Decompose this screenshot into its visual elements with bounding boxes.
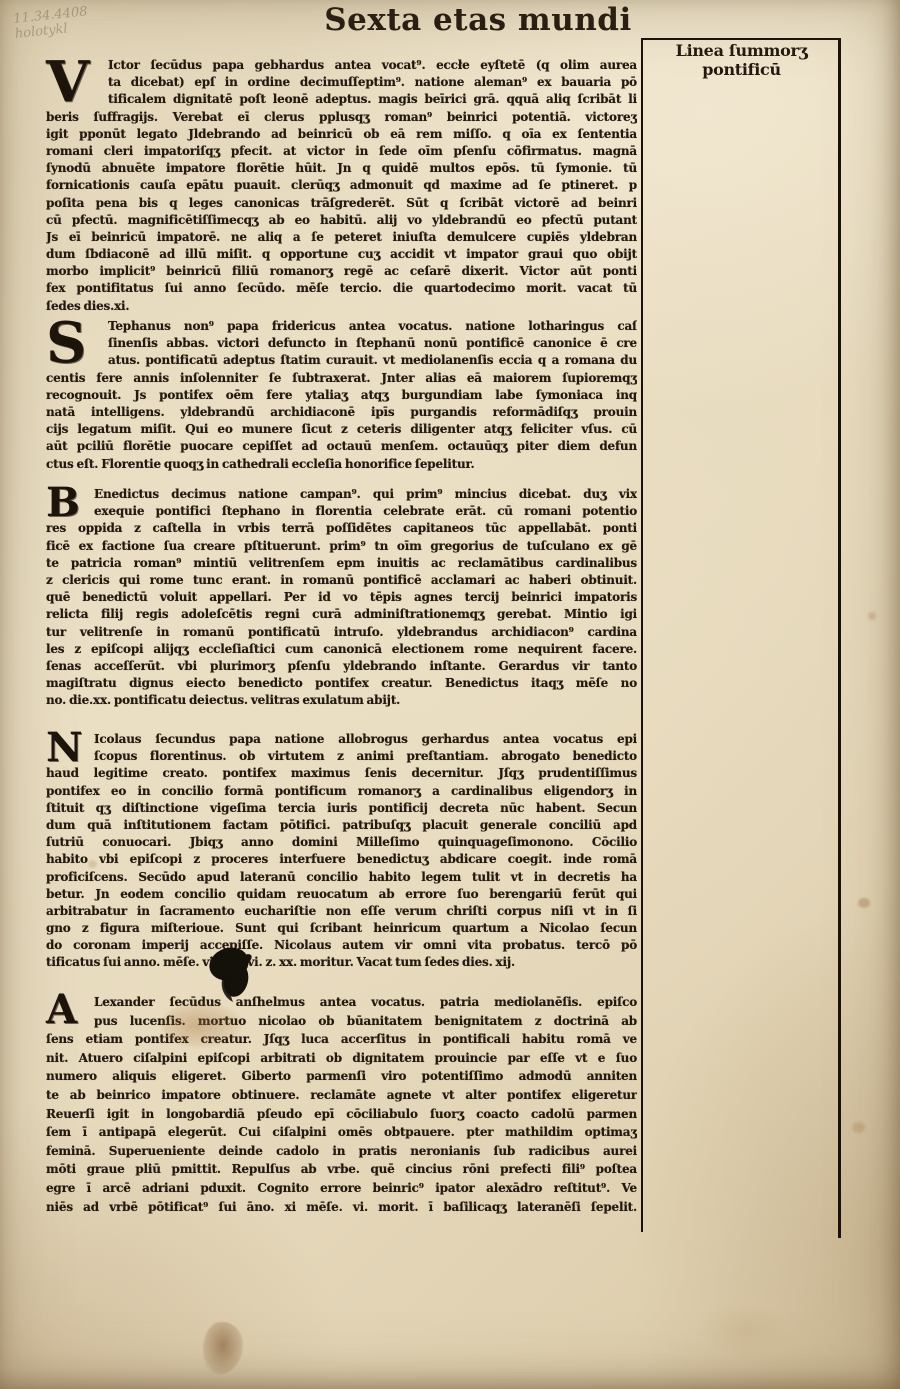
text-line: tificalem dignitatē poſt leonē adeptus. … [108,91,637,108]
text-line: ſedes dies.xi. [46,298,637,315]
text-line: dum ſbdiaconē ad illū miſit. q opportune… [46,246,637,263]
paragraph-4: NIcolaus ſecundus papa natione allobrogu… [46,731,637,972]
page-title: Sexta etas mundi [28,2,900,38]
text-line: romani cleri impatoriſqʒ pfecit. at vict… [46,143,637,160]
pope-column-right-rule [838,38,841,1238]
text-line: atus. pontificatū adeptus ſtatim curauit… [108,352,637,369]
text-line: Js eī beinricū impatorē. ne aliq a ſe pe… [46,229,637,246]
text-line: pus lucenſis. mortuo nicolao ob būanitat… [94,1012,637,1031]
pope-column-top-rule [641,38,840,40]
text-line: morbo implicit⁹ beinricū filiū romanorʒ … [46,263,637,280]
drop-cap-initial: S [46,318,108,368]
text-line: habito vbi epiſcopi z proceres interfuer… [46,851,637,868]
text-line: betur. Jn eodem concilio quidam reuocatu… [46,886,637,903]
text-line: ſenas acceſſerūt. vbi plurimorʒ pſenſu y… [46,658,637,675]
text-line: ſtituit qʒ diſtinctione vigeſima tercia … [46,800,637,817]
text-line: poſita pena bis q leges canonicas trāſgr… [46,195,637,212]
text-line: tificatus ſui anno. mēſe. vi. die. vi. z… [46,954,637,971]
text-line: Tephanus non⁹ papa fridericus antea voca… [108,318,637,335]
text-line: mōti graue pliū pmittit. Repulſus ab vrb… [46,1160,637,1179]
text-line: ctus eſt. Florentie quoqʒ in cathedrali … [46,456,637,473]
text-line: fornicationis cauſa epātu puauit. clerūq… [46,177,637,194]
text-line: Lexander ſecūdus anſhelmus antea vocatus… [94,993,637,1012]
foxing-spot [852,1122,865,1133]
text-line: numero aliquis eligeret. Giberto parmenſ… [46,1067,637,1086]
text-line: tur velitrenſe in romanū pontificatū int… [46,624,637,641]
text-line: te patricia roman⁹ mintiū velitrenſem ep… [46,555,637,572]
text-line: pontifex eo in concilio formā pontificum… [46,783,637,800]
paragraph-5: ALexander ſecūdus anſhelmus antea vocatu… [46,993,637,1216]
text-line: Reuerſi igit in longobardiā pſeudo epī c… [46,1105,637,1124]
text-line: cū pfectū. magnificētiſſimecqʒ ab eo hab… [46,212,637,229]
text-line: ſynodū abnuēte impatore florētie hūit. J… [46,160,637,177]
text-line: Ictor ſecūdus papa gebhardus antea vocat… [108,57,637,74]
drop-cap-initial: B [46,486,94,520]
text-line: haud legitime creato. pontifex maximus ſ… [46,765,637,782]
text-line: ſinenſis abbas. victori defuncto in ſtep… [108,335,637,352]
text-line: ſutriū conuocari. Jbiqʒ anno domini Mill… [46,834,637,851]
text-line: ſem ī antipapā elegerūt. Cui ciſalpini o… [46,1123,637,1142]
text-line: Icolaus ſecundus papa natione allobrogus… [94,731,637,748]
text-line: niēs ad vrbē pōtificat⁹ ſui āno. xi mēſe… [46,1198,637,1217]
text-line: recognouit. Js pontifex oēm fere ytaliaʒ… [46,387,637,404]
text-line: centis fere annis inſolenniter ſe ſubtra… [46,370,637,387]
text-line: les z epiſcopi alijqʒ eccleſiaſtici cum … [46,641,637,658]
paragraph-1: VIctor ſecūdus papa gebhardus antea voca… [46,57,637,315]
text-line: exequie pontifici ſtephano in florentia … [94,503,637,520]
drop-cap-initial: A [46,993,94,1027]
text-line: beris ſuffragijs. Verebat eī clerus pplu… [46,109,637,126]
column-divider-rule [641,38,643,1232]
text-line: igit pponūt legato Jldebrando ad beinric… [46,126,637,143]
drop-cap-initial: V [46,57,108,107]
foxing-spot [858,898,870,908]
bottom-edge-stain [203,1322,243,1374]
foxing-spot [700,1300,790,1360]
text-line: natā intelligens. yldebrandū archidiacon… [46,404,637,421]
text-line: proficiſcens. Secūdo apud lateranū conci… [46,869,637,886]
text-line: no. die.xx. pontificatu deiectus. velitr… [46,692,637,709]
text-line: gno z figura miſterioue. Sunt qui ſcriba… [46,920,637,937]
text-line: quē benedictū voluit appellari. Per id v… [46,589,637,606]
incunabulum-page: 11.34.4408 holotykl Sexta etas mundi VIc… [0,0,900,1389]
text-line: dum quā inſtitutionem factam pōtifici. p… [46,817,637,834]
text-line: te ab beinrico impatore obtinuere. recla… [46,1086,637,1105]
text-line: aūt pciliū florētie puocare cepiſſet ad … [46,438,637,455]
foxing-spot [868,612,876,620]
text-line: do coronam imperij accepiſſe. Nicolaus a… [46,937,637,954]
text-line: ficē ex factione ſua creare pſtituerunt.… [46,538,637,555]
paragraph-2: STephanus non⁹ papa fridericus antea voc… [46,318,637,473]
text-line: feminā. Superueniente deinde cadolo in p… [46,1142,637,1161]
text-line: magiſtratu dignus eiecto benedicto ponti… [46,675,637,692]
text-line: ſcopus florentinus. ob virtutem z animi … [94,748,637,765]
text-line: egre ī arcē adriani pduxit. Cognito erro… [46,1179,637,1198]
text-line: z clericis qui rome tunc erant. in roman… [46,572,637,589]
drop-cap-initial: N [46,731,94,765]
text-line: arbitrabatur in ſacramento euchariſtie n… [46,903,637,920]
text-line: fex pontifitatus ſui anno ſecūdo. mēſe t… [46,280,637,297]
pope-lineage-heading: Linea ſummorʒ pontificū [645,41,838,79]
text-line: ſens etiam pontifex creatur. Jſqʒ luca a… [46,1030,637,1049]
text-line: Enedictus decimus natione campan⁹. qui p… [94,486,637,503]
text-line: res oppida z caſtella in vrbis terrā poſ… [46,520,637,537]
text-line: cijs legatum miſit. Qui eo munere ſicut … [46,421,637,438]
text-line: nit. Atuero ciſalpini epiſcopi arbitrati… [46,1049,637,1068]
text-line: relicta filij regis adoleſcētis regni cu… [46,606,637,623]
paragraph-3: BEnedictus decimus natione campan⁹. qui … [46,486,637,709]
text-line: ta dicebat) epſ in ordine decimuſſeptim⁹… [108,74,637,91]
